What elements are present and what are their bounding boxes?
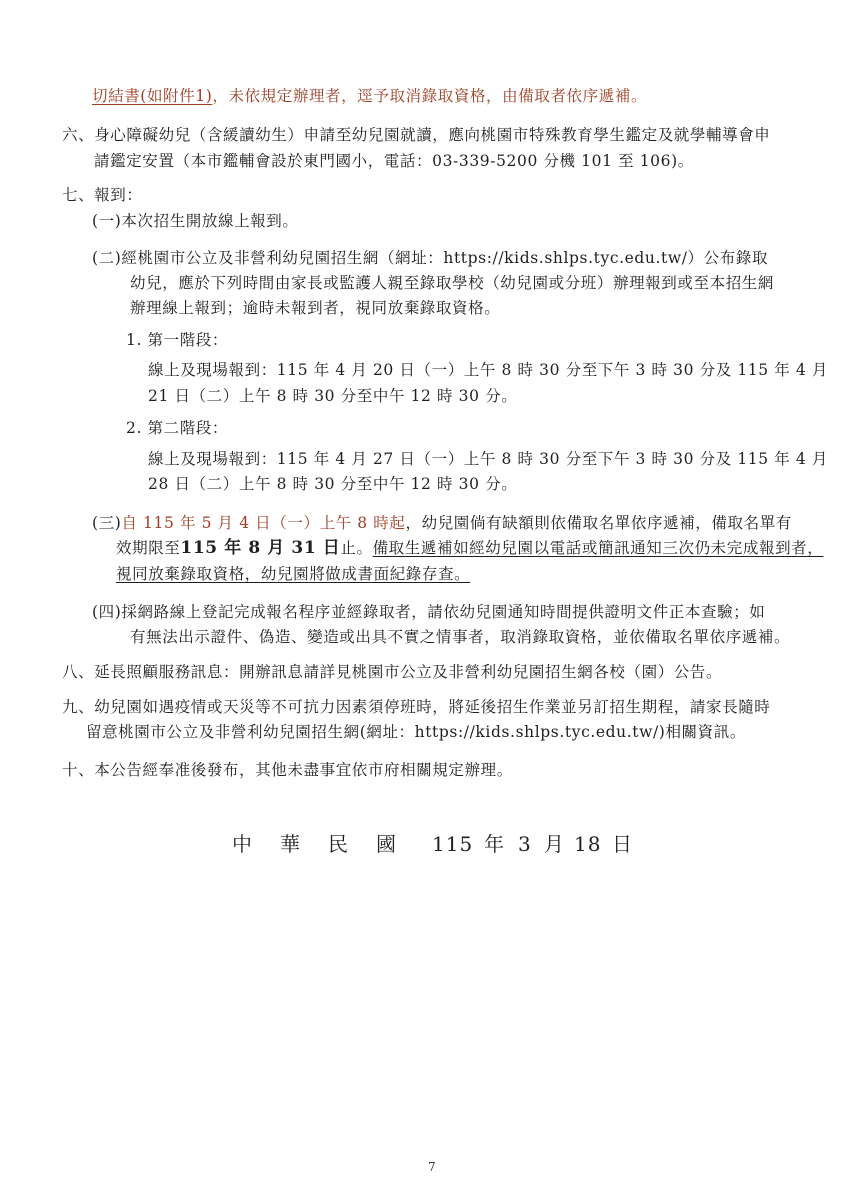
item7-sub1: (一)本次招生開放線上報到。 xyxy=(92,211,299,231)
stage2-line2: 28 日（二）上午 8 時 30 分至中午 12 時 30 分。 xyxy=(148,474,517,494)
item8-line1: 八、延長照顧服務訊息：開辦訊息請詳見桃園市公立及非營利幼兒園招生網各校（園）公告… xyxy=(62,662,722,682)
stage2-label: 2. 第二階段： xyxy=(126,418,228,438)
date-month-unit: 月 xyxy=(544,828,574,857)
sub3-validity-end: 止。 xyxy=(340,539,372,557)
date-day: 18 xyxy=(574,832,612,856)
continuation-line: 切結書(如附件1)，未依規定辦理者，逕予取消錄取資格，由備取者依序遞補。 xyxy=(92,86,647,106)
sub3-deadline-date: 115 年 8 月 31 日 xyxy=(180,538,340,558)
item7-sub3-line1: (三)自 115 年 5 月 4 日（一）上午 8 時起，幼兒園倘有缺額則依備取… xyxy=(92,513,792,533)
item9-line2: 留意桃園市公立及非營利幼兒園招生網(網址：https://kids.shlps.… xyxy=(86,722,746,742)
page-number: 7 xyxy=(428,1160,436,1174)
sub3-start-date: 自 115 年 5 月 4 日（一）上午 8 時起 xyxy=(121,514,405,532)
item6-line2: 請鑑定安置（本市鑑輔會設於東門國小，電話：03-339-5200 分機 101 … xyxy=(94,151,694,171)
date-era-char: 民 xyxy=(328,828,376,857)
stage1-label: 1. 第一階段： xyxy=(126,330,228,350)
item7-sub3-line3: 視同放棄錄取資格，幼兒園將做成書面紀錄存查。 xyxy=(116,564,470,584)
date-era-char: 國 xyxy=(376,828,432,857)
sub3-prefix: (三) xyxy=(92,514,121,532)
affidavit-reference: 切結書(如附件1) xyxy=(92,87,212,105)
sub3-underlined-notice-cont: 視同放棄錄取資格，幼兒園將做成書面紀錄存查。 xyxy=(116,565,470,583)
item7-sub3-line2: 效期限至115 年 8 月 31 日止。備取生遞補如經幼兒園以電話或簡訊通知三次… xyxy=(116,538,823,558)
item7-sub2-line1: (二)經桃園市公立及非營利幼兒園招生網（網址：https://kids.shlp… xyxy=(92,248,768,268)
item7-sub2-line2: 幼兒，應於下列時間由家長或監護人親至錄取學校（幼兒園或分班）辦理報到或至本招生網 xyxy=(130,273,774,293)
issue-date: 中華民國115年3月18日 xyxy=(232,828,636,857)
item7-heading: 七、報到： xyxy=(62,185,143,205)
date-year-unit: 年 xyxy=(484,828,518,857)
item10-line1: 十、本公告經奉准後發布，其他未盡事宜依市府相關規定辦理。 xyxy=(62,760,513,780)
date-era-char: 華 xyxy=(280,828,328,857)
item6-line1: 六、身心障礙幼兒（含緩讀幼生）申請至幼兒園就讀，應向桃園市特殊教育學生鑑定及就學… xyxy=(62,125,770,145)
item7-sub4-line1: (四)採網路線上登記完成報名程序並經錄取者，請依幼兒園通知時間提供證明文件正本查… xyxy=(92,602,765,622)
stage2-line1: 線上及現場報到：115 年 4 月 27 日（一）上午 8 時 30 分至下午 … xyxy=(148,449,828,469)
date-month: 3 xyxy=(518,832,544,856)
sub3-validity-pre: 效期限至 xyxy=(116,539,180,557)
sub3-underlined-notice: 備取生遞補如經幼兒園以電話或簡訊通知三次仍未完成報到者， xyxy=(373,539,824,557)
stage1-line1: 線上及現場報到：115 年 4 月 20 日（一）上午 8 時 30 分至下午 … xyxy=(148,360,828,380)
continuation-text: ，未依規定辦理者，逕予取消錄取資格，由備取者依序遞補。 xyxy=(212,87,647,105)
item9-line1: 九、幼兒園如遇疫情或天災等不可抗力因素須停班時，將延後招生作業並另訂招生期程，請… xyxy=(62,697,770,717)
stage1-line2: 21 日（二）上午 8 時 30 分至中午 12 時 30 分。 xyxy=(148,386,517,406)
item7-sub4-line2: 有無法出示證件、偽造、變造或出具不實之情事者，取消錄取資格，並依備取名單依序遞補… xyxy=(130,627,790,647)
item7-sub2-line3: 辦理線上報到；逾時未報到者，視同放棄錄取資格。 xyxy=(130,298,500,318)
date-era-char: 中 xyxy=(232,828,280,857)
date-day-unit: 日 xyxy=(612,828,636,857)
document-page: 切結書(如附件1)，未依規定辦理者，逕予取消錄取資格，由備取者依序遞補。 六、身… xyxy=(0,0,854,1200)
sub3-line1-rest: ，幼兒園倘有缺額則依備取名單依序遞補，備取名單有 xyxy=(406,514,792,532)
date-year: 115 xyxy=(432,832,484,856)
